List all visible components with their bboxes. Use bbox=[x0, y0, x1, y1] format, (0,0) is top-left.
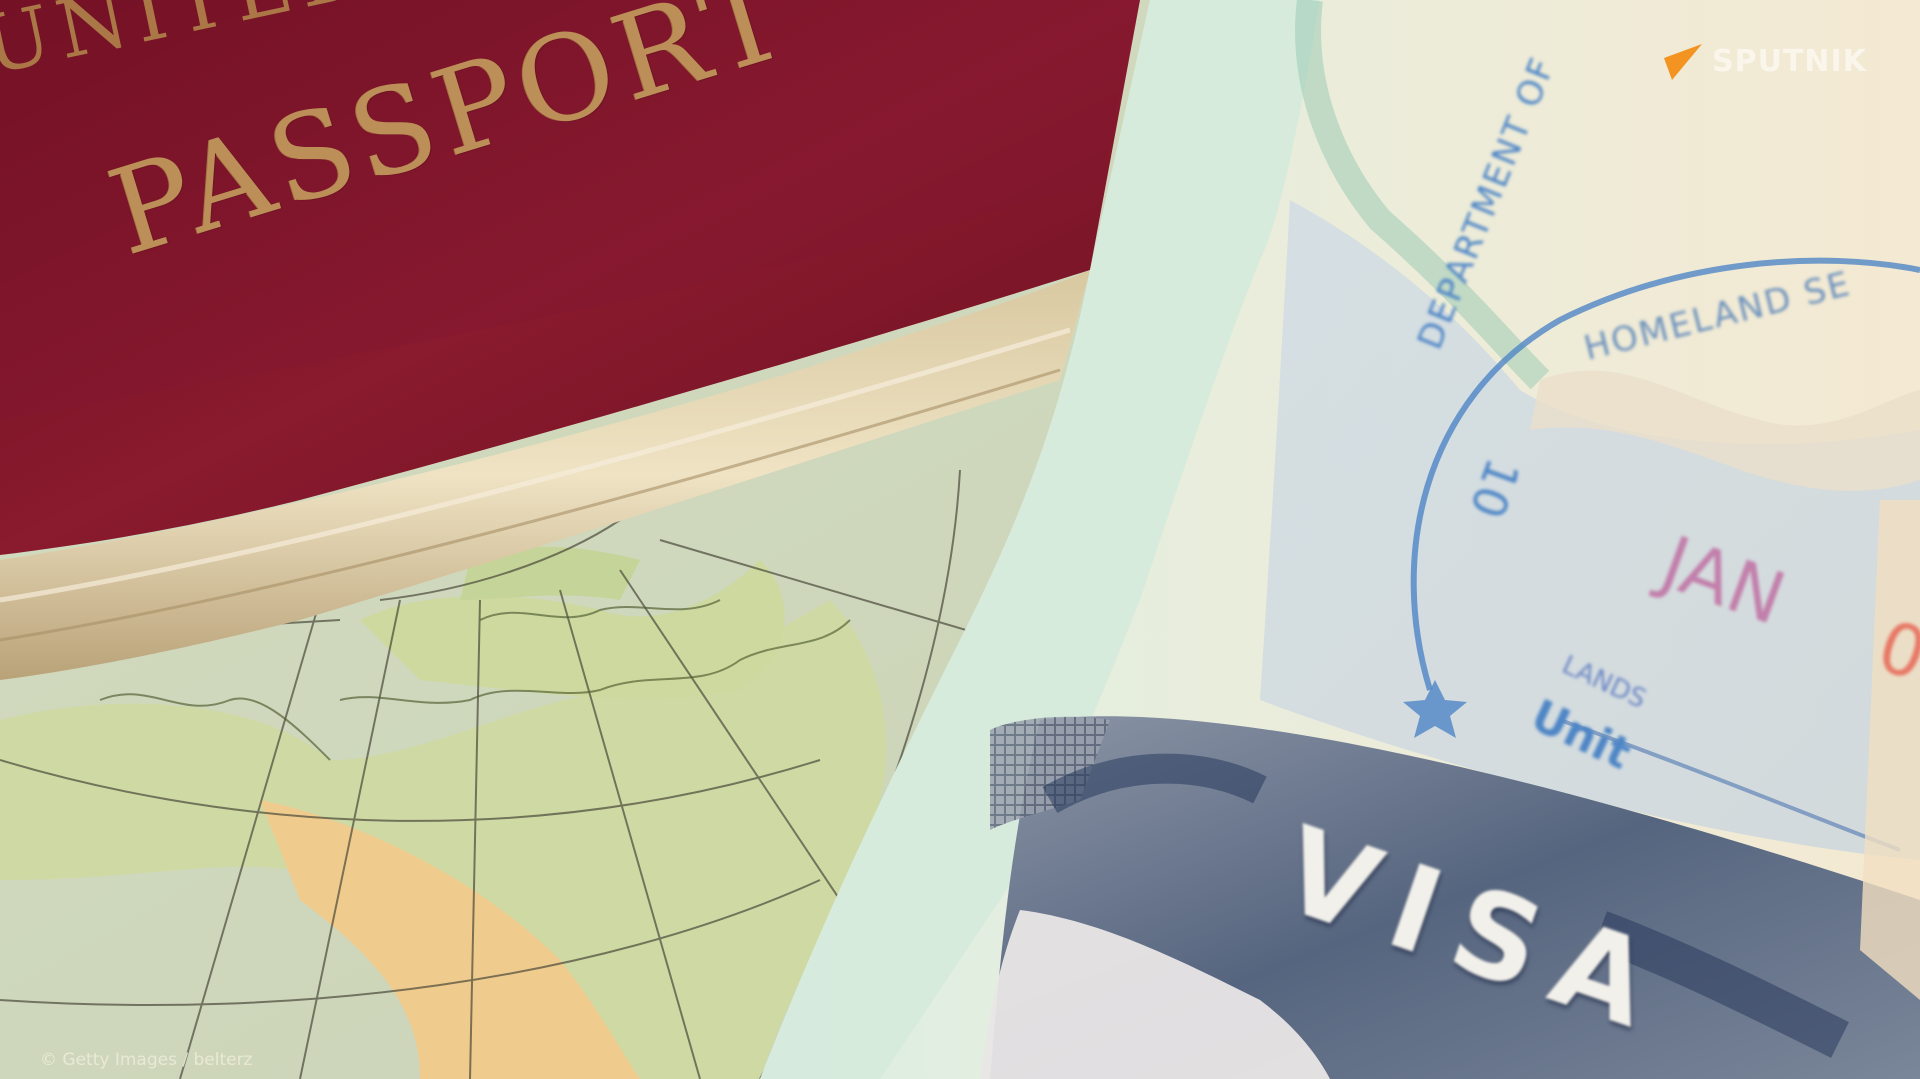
brand-name: SPUTNIK bbox=[1712, 44, 1867, 79]
photo-scene: UNITED PASSPORT DEPARTMENT OF HOMELAND S… bbox=[0, 0, 1920, 1079]
sputnik-watermark: SPUTNIK bbox=[1662, 40, 1867, 82]
sputnik-logo-icon bbox=[1662, 40, 1704, 82]
photo-credit: © Getty Images / belterz bbox=[40, 1050, 252, 1070]
